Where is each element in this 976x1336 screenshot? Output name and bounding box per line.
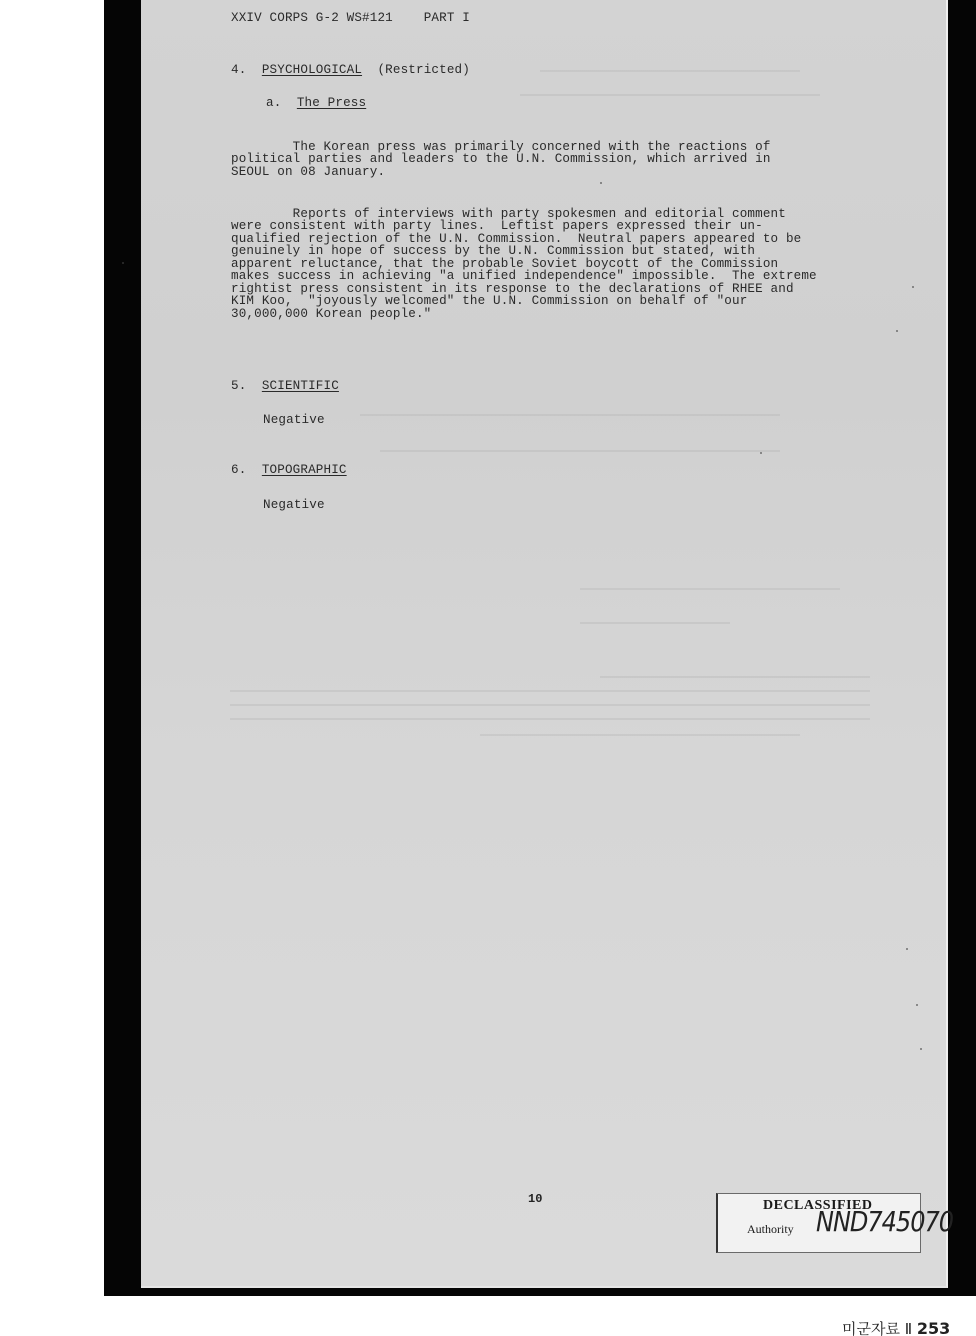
section-number: 5. [231, 379, 246, 393]
stamp-authority-number: NND745070 [816, 1206, 953, 1238]
paragraph-2: Reports of interviews with party spokesm… [231, 195, 817, 333]
paragraph-line: makes success in achieving "a unified in… [231, 270, 817, 283]
paragraph-line: 30,000,000 Korean people." [231, 308, 817, 321]
page-number: 10 [528, 1192, 542, 1206]
document-header: XXIV CORPS G-2 WS#121 PART I [231, 12, 470, 25]
paragraph-line: political parties and leaders to the U.N… [231, 153, 771, 166]
subsection-letter: a. [266, 96, 281, 110]
document-page [141, 0, 948, 1288]
book-series: 미군자료 Ⅱ [842, 1320, 912, 1336]
section-title: SCIENTIFIC [262, 379, 339, 393]
book-page-number: 253 [917, 1319, 950, 1336]
paragraph-line: genuinely in hope of success by the U.N.… [231, 245, 817, 258]
paragraph-line: KIM Koo, "joyously welcomed" the U.N. Co… [231, 295, 817, 308]
section-4-heading: 4. PSYCHOLOGICAL (Restricted) [231, 64, 470, 77]
paragraph-line: were consistent with party lines. Leftis… [231, 220, 817, 233]
header-unit: XXIV CORPS G-2 WS#121 [231, 11, 393, 25]
header-part: PART I [424, 11, 470, 25]
section-6-body: Negative [263, 499, 325, 512]
book-footer: 미군자료 Ⅱ 253 [842, 1318, 950, 1336]
section-number: 6. [231, 463, 246, 477]
section-5-heading: 5. SCIENTIFIC [231, 380, 339, 393]
stamp-authority-label: Authority [747, 1222, 794, 1237]
subsection-a-heading: a. The Press [266, 97, 366, 110]
section-title: PSYCHOLOGICAL [262, 63, 362, 77]
section-number: 4. [231, 63, 246, 77]
subsection-title: The Press [297, 96, 366, 110]
section-6-heading: 6. TOPOGRAPHIC [231, 464, 347, 477]
section-title: TOPOGRAPHIC [262, 463, 347, 477]
declassified-stamp: DECLASSIFIED Authority NND745070 [716, 1193, 921, 1253]
section-5-body: Negative [263, 414, 325, 427]
classification-label: (Restricted) [377, 63, 470, 77]
paragraph-line: SEOUL on 08 January. [231, 166, 771, 179]
paragraph-1: The Korean press was primarily concerned… [231, 128, 771, 191]
